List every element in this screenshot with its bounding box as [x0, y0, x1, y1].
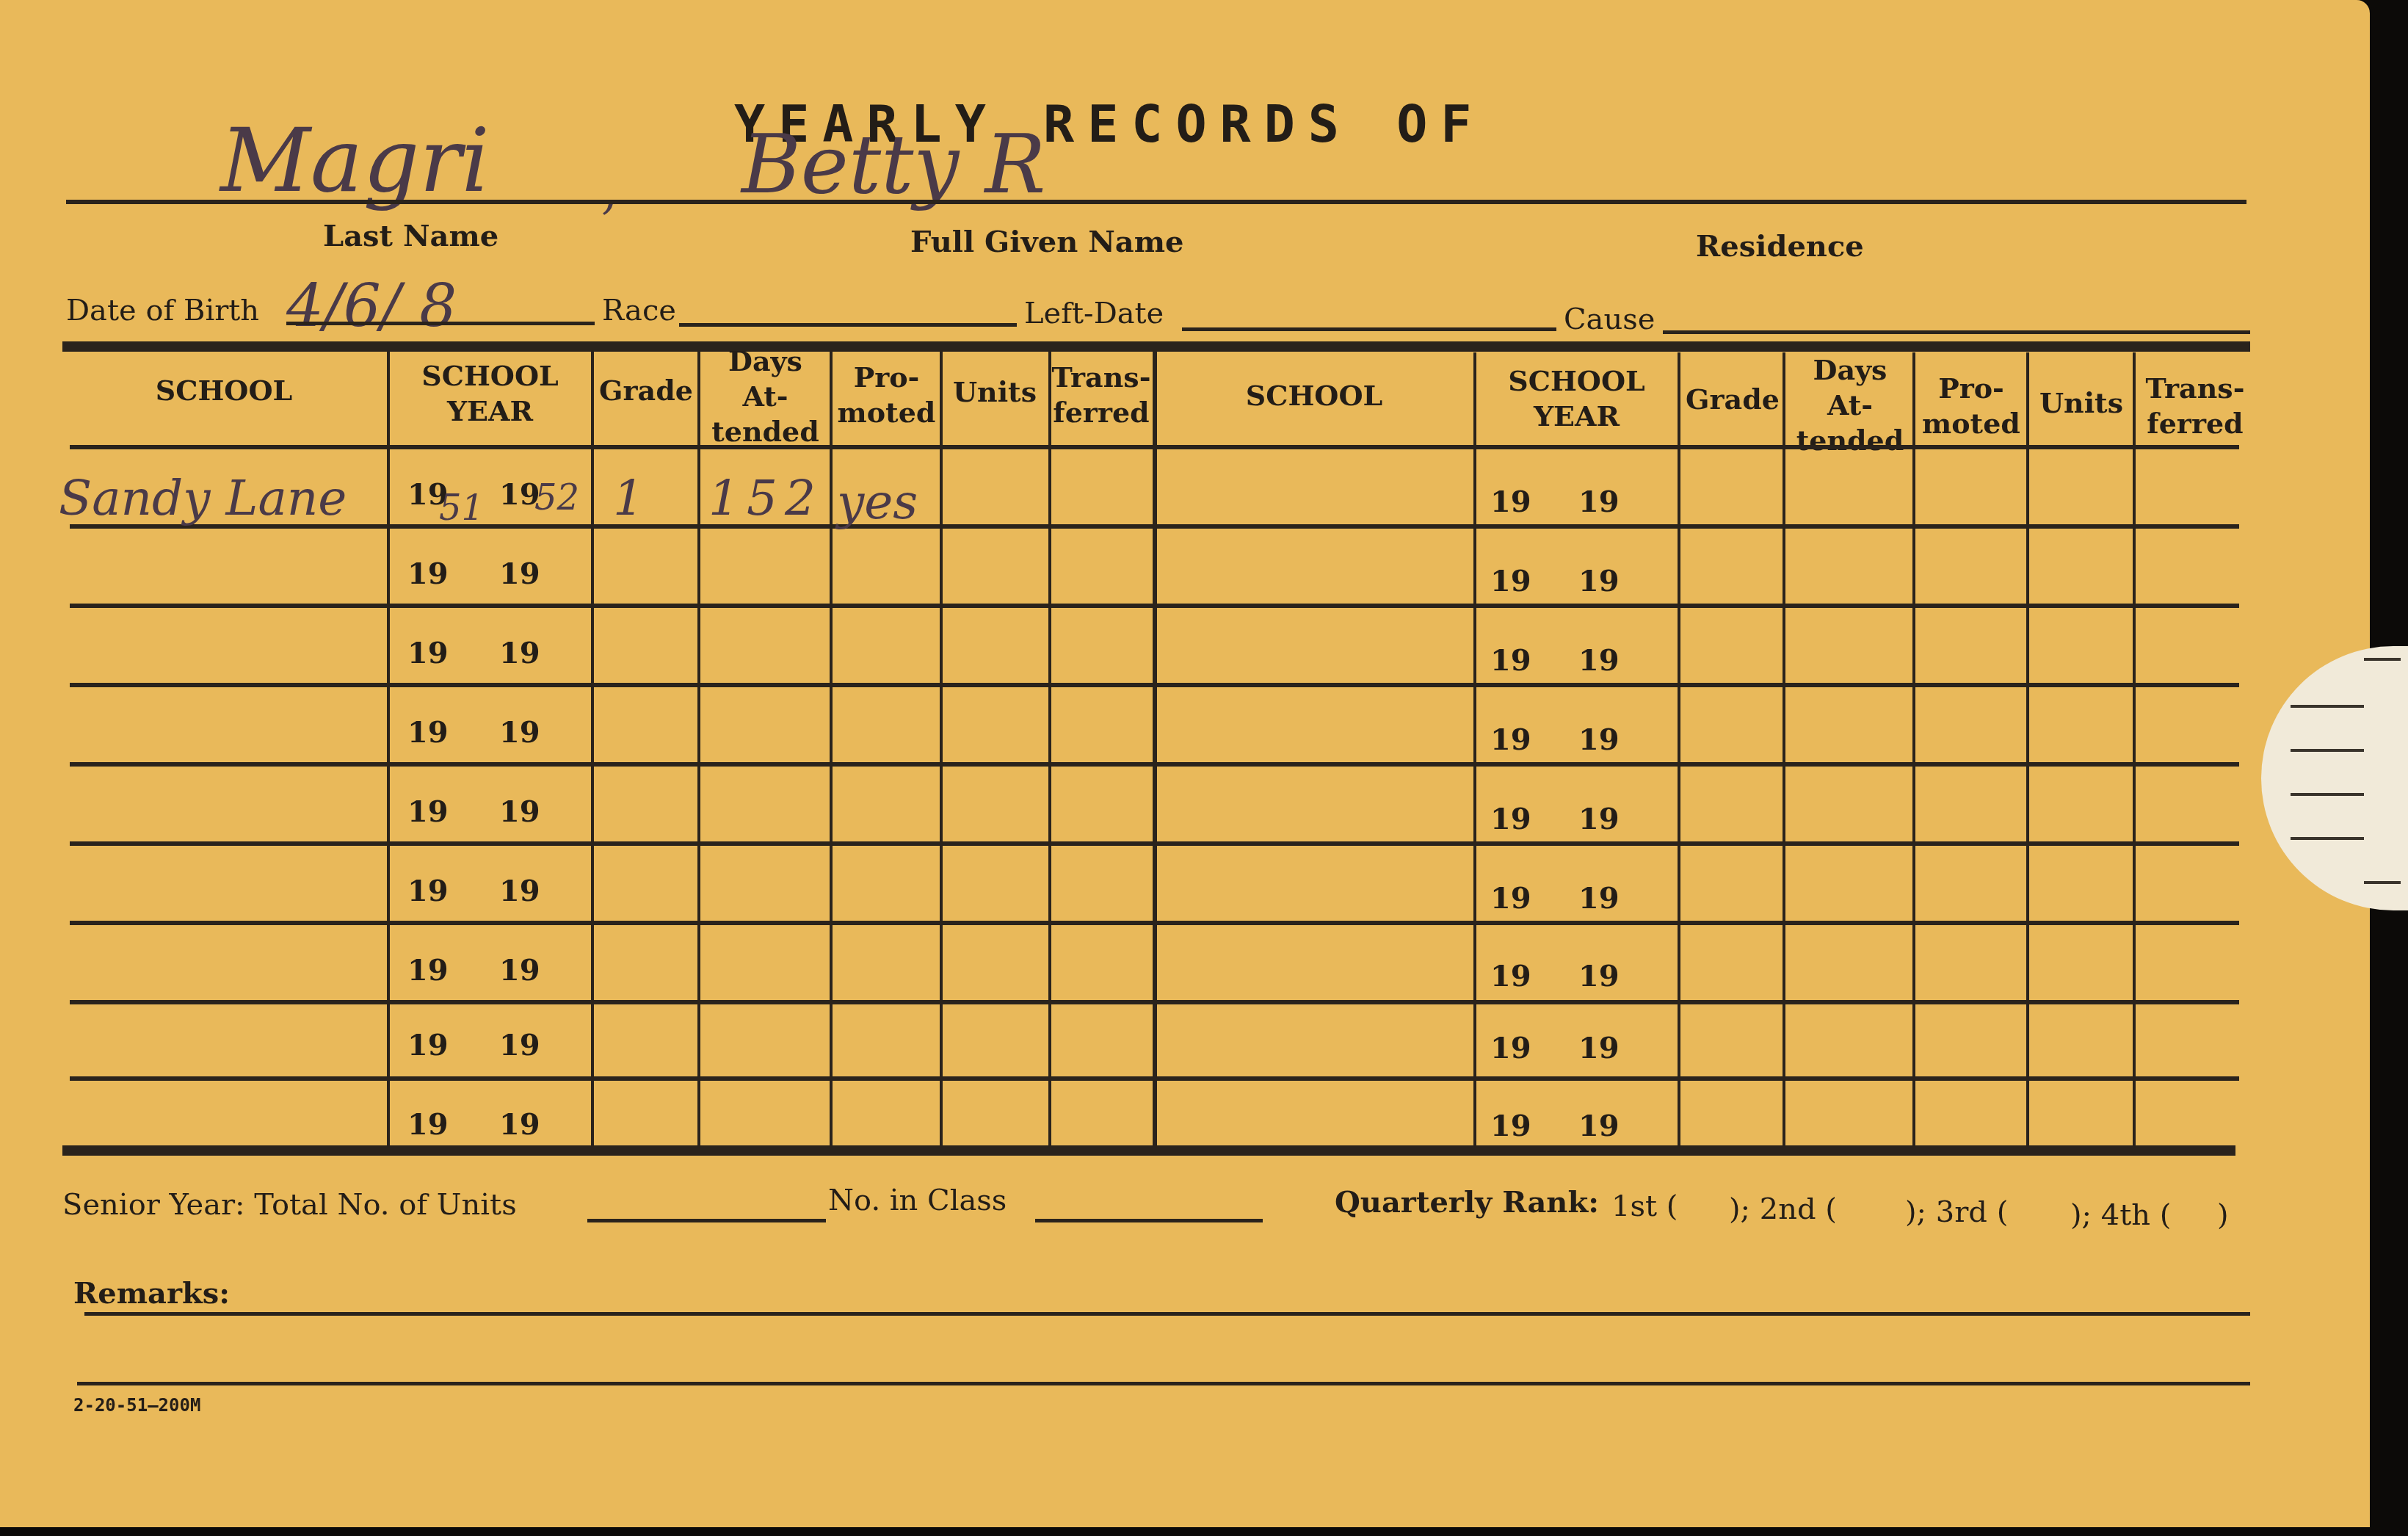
row-rule — [70, 604, 2239, 608]
year-prefix-end: 19 — [1578, 959, 1620, 993]
col-divider — [2026, 352, 2029, 1153]
row1-days: 152 — [708, 470, 823, 526]
col-divider — [1473, 352, 1476, 1153]
name-underline — [66, 200, 2246, 204]
last-name-label: Last Name — [323, 219, 498, 253]
row1-school: Sandy Lane — [59, 470, 347, 526]
year-prefix-start: 19 — [1490, 1109, 1531, 1143]
year-prefix-start: 19 — [1490, 485, 1531, 519]
year-prefix-end: 19 — [499, 557, 540, 591]
thumb-notch — [2261, 646, 2408, 910]
header-school-year-right: SCHOOLYEAR — [1476, 363, 1678, 434]
year-prefix-start: 19 — [1490, 881, 1531, 916]
cause-field[interactable] — [1663, 330, 2250, 334]
dob-field[interactable] — [286, 322, 595, 325]
year-prefix-end: 19 — [499, 794, 540, 829]
col-divider — [940, 349, 943, 1149]
header-days-right: DaysAt-tended — [1788, 352, 1912, 458]
year-prefix-end: 19 — [1578, 802, 1620, 836]
col-divider — [2133, 352, 2136, 1153]
remarks-label: Remarks: — [73, 1276, 230, 1311]
residence-label: Residence — [1696, 229, 1864, 264]
year-prefix-end: 19 — [499, 874, 540, 908]
senior-units-label: Senior Year: Total No. of Units — [62, 1188, 517, 1222]
record-card: YEARLY RECORDS OF Magri , Betty R Last N… — [0, 0, 2370, 1527]
rank-1st[interactable]: 1st ( — [1611, 1189, 1678, 1223]
header-promoted-right: Pro-moted — [1916, 371, 2026, 441]
year-prefix-start: 19 — [407, 636, 449, 670]
last-name-value: Magri — [220, 110, 490, 212]
header-days-left: DaysAt-tended — [701, 344, 830, 449]
header-school-year-left: SCHOOLYEAR — [393, 358, 587, 429]
year-prefix-start: 19 — [1490, 564, 1531, 598]
year-prefix-end: 19 — [499, 1028, 540, 1062]
header-bottom-rule — [70, 445, 2239, 449]
dob-value: 4/6/ 8 — [286, 272, 457, 340]
col-divider — [1048, 349, 1051, 1149]
row-rule — [70, 762, 2239, 767]
given-name-label: Full Given Name — [910, 225, 1183, 259]
header-units-left: Units — [943, 374, 1046, 410]
year-prefix-start: 19 — [407, 874, 449, 908]
table-center-divider — [1153, 349, 1157, 1149]
col-divider — [1912, 352, 1915, 1153]
header-grade-right: Grade — [1681, 382, 1784, 417]
race-label: Race — [602, 294, 676, 327]
row-rule — [70, 524, 2239, 529]
row-rule — [70, 921, 2239, 925]
remarks-line-1[interactable] — [84, 1312, 2250, 1316]
year-prefix-start: 19 — [407, 557, 449, 591]
year-prefix-end: 19 — [1578, 643, 1620, 678]
row1-grade: 1 — [613, 470, 644, 526]
rank-4th[interactable]: ); 4th ( — [2070, 1198, 2171, 1232]
rank-close: ) — [2217, 1198, 2229, 1232]
dob-label: Date of Birth — [66, 294, 259, 327]
header-transferred-right: Trans-ferred — [2136, 371, 2254, 441]
header-units-right: Units — [2030, 385, 2133, 421]
name-separator: , — [602, 169, 616, 220]
year-prefix-start: 19 — [407, 794, 449, 829]
year-prefix-start: 19 — [1490, 959, 1531, 993]
year-prefix-start: 19 — [407, 953, 449, 988]
quarterly-rank-label: Quarterly Rank: — [1335, 1185, 1599, 1220]
header-school-right: SCHOOL — [1160, 378, 1468, 413]
year-prefix-end: 19 — [1578, 564, 1620, 598]
year-prefix-start: 19 — [407, 1028, 449, 1062]
left-date-label: Left-Date — [1024, 297, 1164, 330]
no-in-class-field[interactable] — [1035, 1219, 1263, 1222]
row-rule — [70, 683, 2239, 687]
year-prefix-start: 19 — [1490, 722, 1531, 757]
given-name-value: Betty R — [741, 117, 1045, 211]
table-bottom-border — [62, 1145, 2235, 1156]
rank-3rd[interactable]: ); 3rd ( — [1905, 1195, 2008, 1229]
col-divider — [387, 349, 390, 1149]
header-grade-left: Grade — [595, 373, 697, 408]
no-in-class-label: No. in Class — [828, 1184, 1007, 1217]
year-prefix-start: 19 — [1490, 643, 1531, 678]
year-prefix-end: 19 — [1578, 485, 1620, 519]
year-prefix-start: 19 — [407, 715, 449, 750]
race-field[interactable] — [679, 323, 1017, 327]
row-rule — [70, 841, 2239, 846]
row1-year-start: 51 — [439, 488, 484, 529]
col-divider — [591, 349, 594, 1149]
senior-units-field[interactable] — [587, 1219, 826, 1222]
row-rule — [70, 1000, 2239, 1004]
rank-2nd[interactable]: ); 2nd ( — [1729, 1192, 1837, 1226]
year-prefix-end: 19 — [1578, 722, 1620, 757]
year-prefix-start: 19 — [1490, 1031, 1531, 1065]
year-prefix-start: 19 — [407, 1107, 449, 1142]
cause-label: Cause — [1564, 303, 1655, 336]
header-school-left: SCHOOL — [66, 373, 382, 408]
remarks-line-2[interactable] — [77, 1382, 2250, 1385]
left-date-field[interactable] — [1182, 327, 1556, 331]
year-prefix-start: 19 — [1490, 802, 1531, 836]
year-prefix-end: 19 — [499, 715, 540, 750]
form-number: 2-20-51—200M — [73, 1395, 200, 1416]
col-divider — [1783, 352, 1785, 1153]
col-divider — [697, 349, 700, 1149]
row1-promoted: yes — [837, 474, 918, 530]
header-promoted-left: Pro-moted — [833, 360, 940, 430]
year-prefix-end: 19 — [499, 1107, 540, 1142]
year-prefix-end: 19 — [499, 953, 540, 988]
year-prefix-end: 19 — [1578, 1031, 1620, 1065]
col-divider — [830, 349, 833, 1149]
row-rule — [70, 1076, 2239, 1081]
year-prefix-end: 19 — [1578, 1109, 1620, 1143]
row1-year-end: 52 — [534, 477, 579, 518]
header-transferred-left: Trans-ferred — [1050, 360, 1153, 430]
col-divider — [1678, 352, 1680, 1153]
year-prefix-end: 19 — [499, 636, 540, 670]
year-prefix-end: 19 — [1578, 881, 1620, 916]
